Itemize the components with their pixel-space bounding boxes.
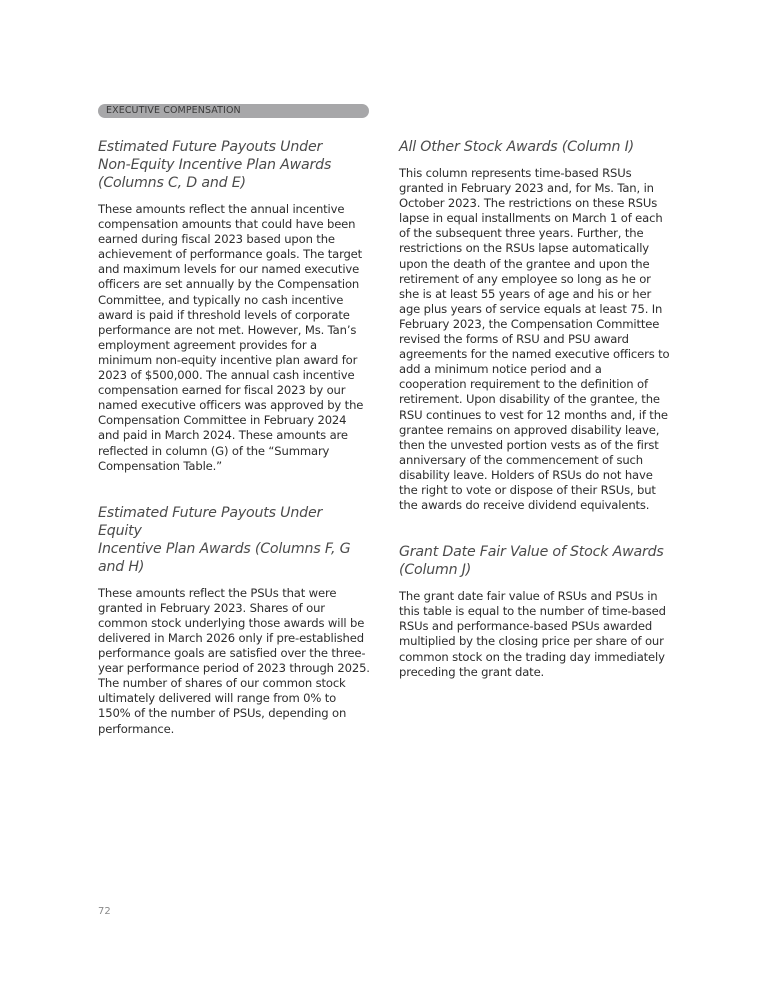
heading-all-other-stock-awards: All Other Stock Awards (Column I) xyxy=(399,138,671,156)
heading-equity-incentive: Estimated Future Payouts Under Equity In… xyxy=(98,504,370,576)
heading-grant-date-fair-value: Grant Date Fair Value of Stock Awards (C… xyxy=(399,543,671,579)
paragraph-grant-date-fair-value: The grant date fair value of RSUs and PS… xyxy=(399,589,671,680)
paragraph-equity-incentive: These amounts reflect the PSUs that were… xyxy=(98,586,370,737)
paragraph-non-equity-incentive: These amounts reflect the annual incenti… xyxy=(98,202,370,474)
left-column: Estimated Future Payouts Under Non-Equit… xyxy=(98,138,370,737)
heading-non-equity-incentive: Estimated Future Payouts Under Non-Equit… xyxy=(98,138,370,192)
page-number: 72 xyxy=(98,906,111,917)
section-label: EXECUTIVE COMPENSATION xyxy=(106,105,241,117)
right-column: All Other Stock Awards (Column I) This c… xyxy=(399,138,671,680)
section-header-bar: EXECUTIVE COMPENSATION xyxy=(98,104,369,118)
paragraph-all-other-stock-awards: This column represents time-based RSUs g… xyxy=(399,166,671,513)
